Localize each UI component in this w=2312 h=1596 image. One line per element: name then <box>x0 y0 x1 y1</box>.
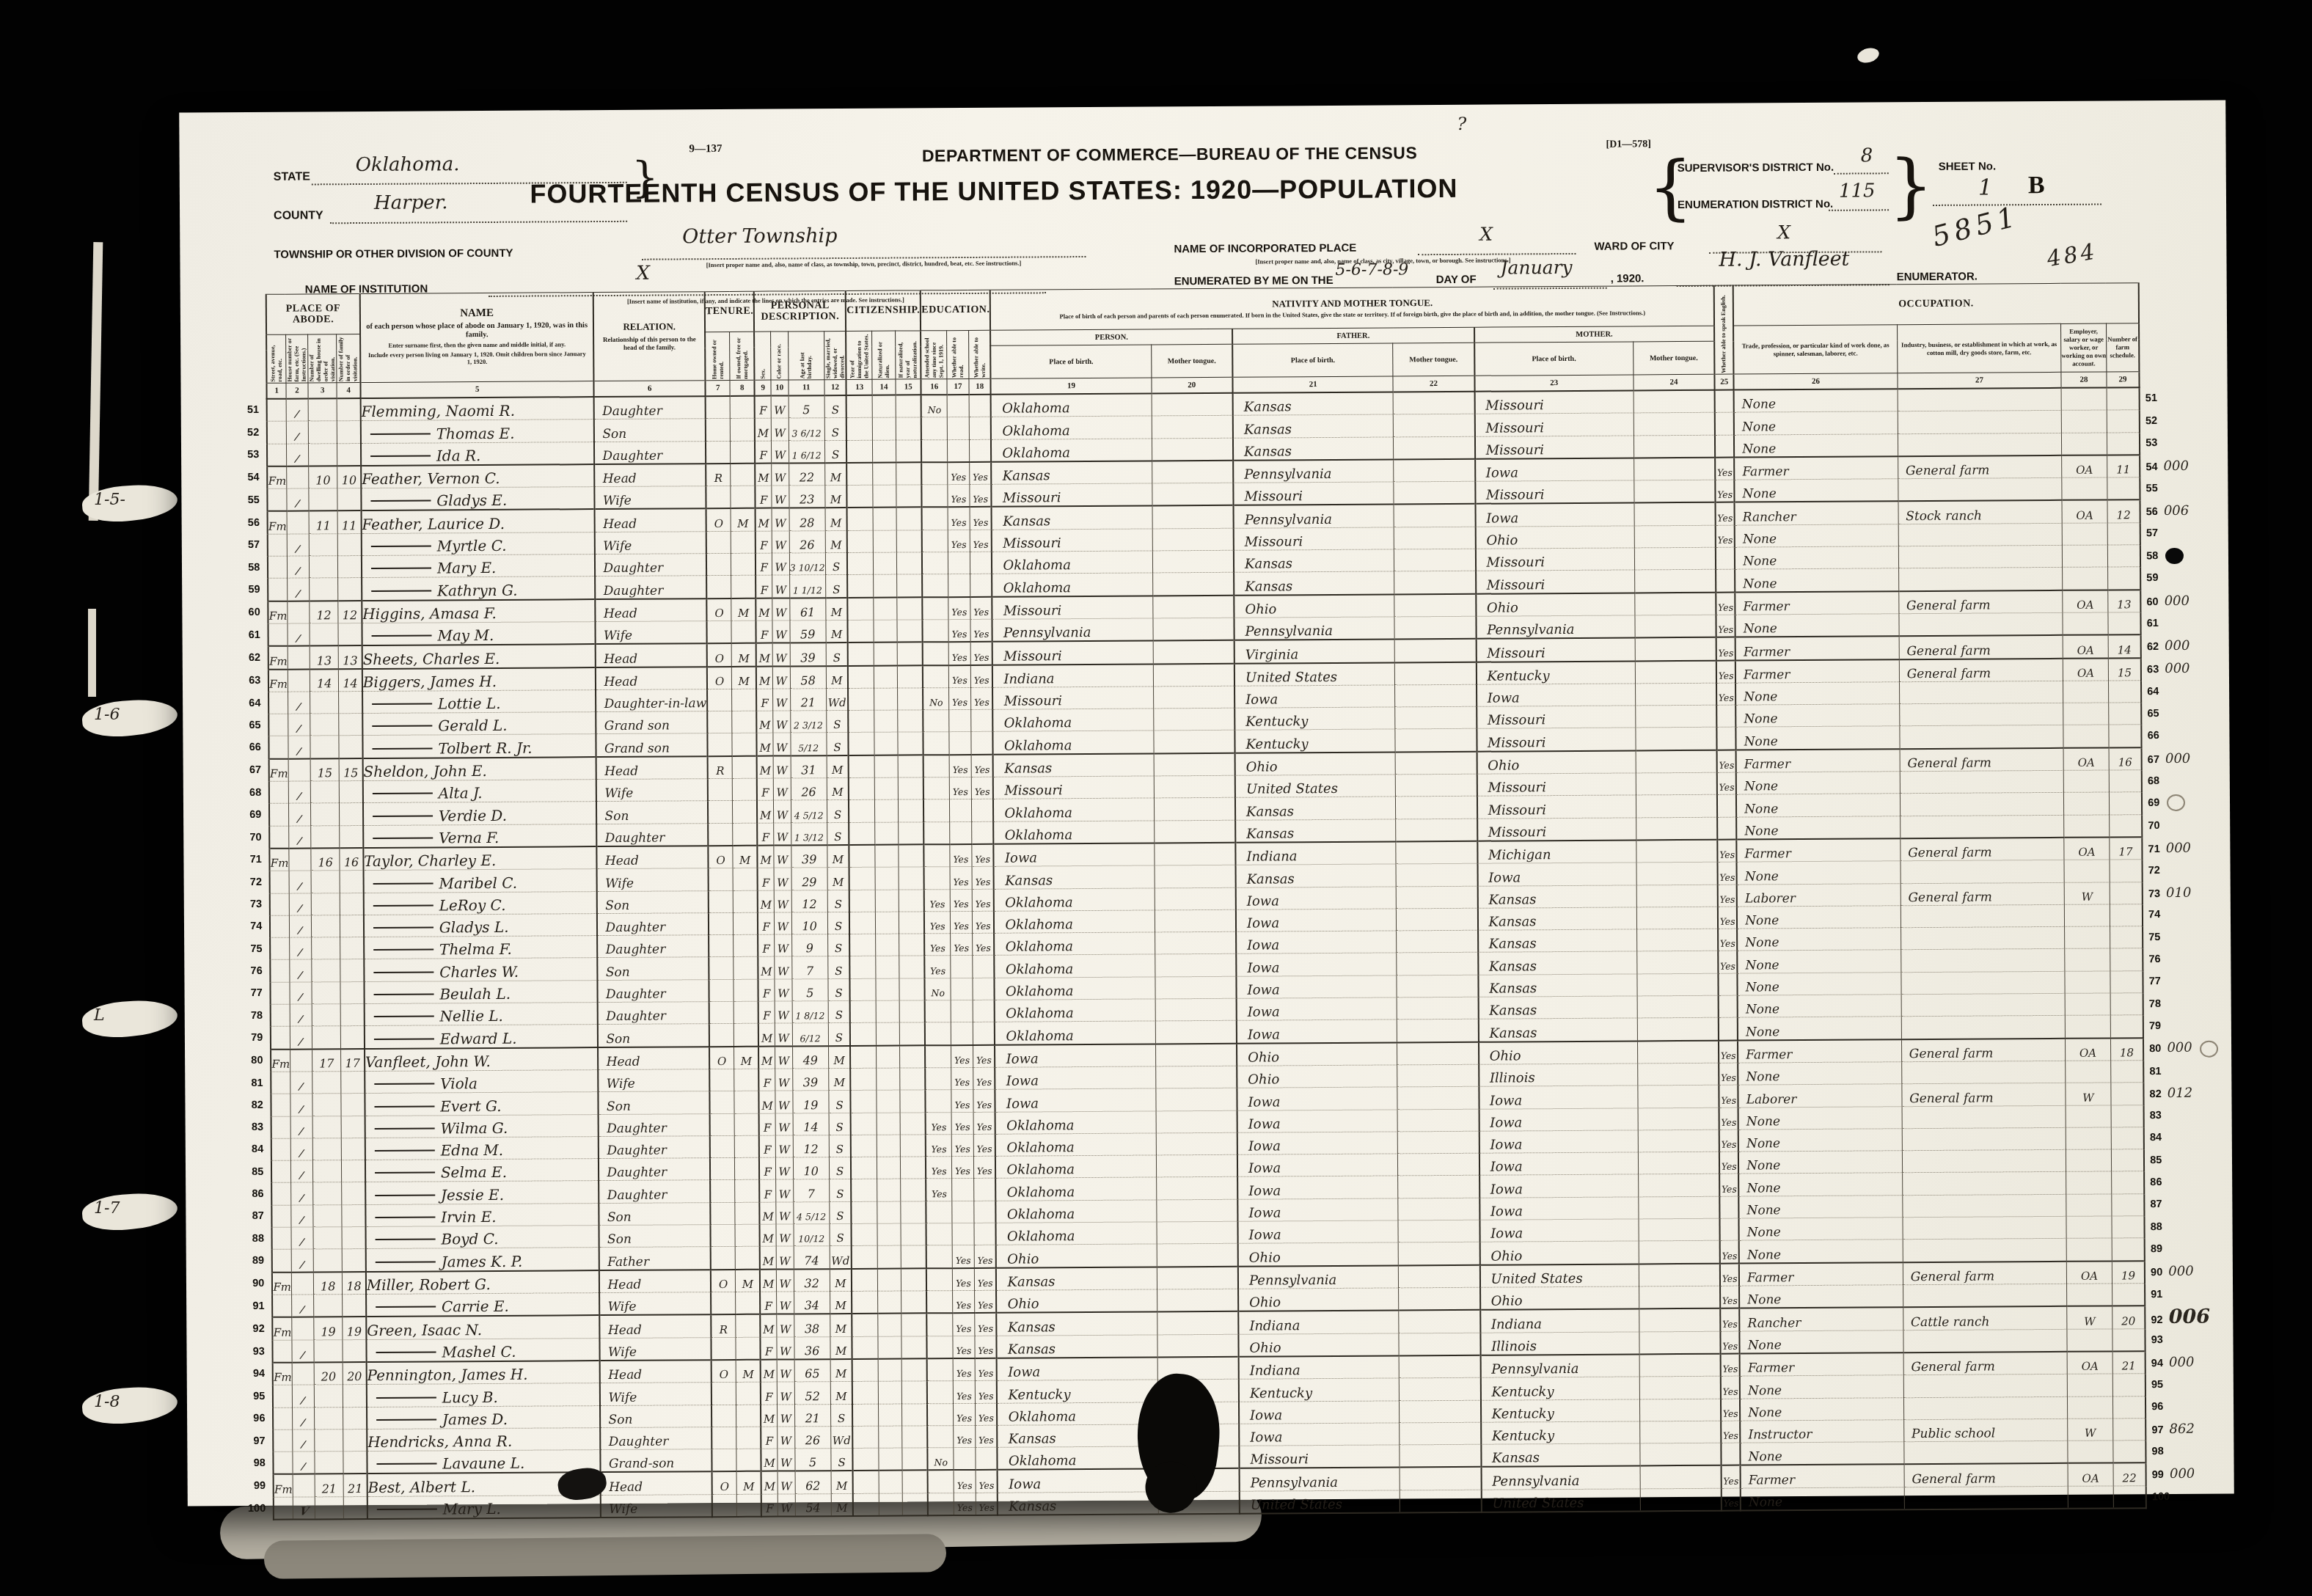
english-cell <box>1720 1218 1739 1240</box>
family-cell <box>343 1294 366 1317</box>
father-tongue-cell <box>1393 392 1474 414</box>
marital-cell: Wd <box>826 688 848 710</box>
dwelling-cell: 14 <box>310 669 339 692</box>
farm-cell <box>2107 477 2140 500</box>
read-cell <box>949 732 971 755</box>
industry-cell <box>1898 523 2063 546</box>
school-cell <box>926 1090 951 1113</box>
col-number-7: 7 <box>705 380 730 396</box>
line-number-right: 70 <box>2142 814 2230 838</box>
name-cell: Mashel C. <box>366 1338 600 1362</box>
naturalized-cell <box>874 822 898 845</box>
school-cell <box>925 1000 951 1023</box>
nat-year-cell <box>896 508 922 530</box>
dwelling-cell <box>310 692 340 714</box>
immigration-cell <box>847 485 873 508</box>
mother-tongue-cell <box>1638 1174 1719 1197</box>
marital-cell: M <box>827 755 849 778</box>
mother-pob-cell: Pennsylvania <box>1480 1354 1639 1377</box>
marital-cell: M <box>826 620 848 643</box>
house-cell <box>292 1317 314 1340</box>
name-cell: Thomas E. <box>361 420 595 443</box>
home-cell <box>711 1337 736 1360</box>
sex-cell: M <box>757 733 773 756</box>
read-cell: Yes <box>948 665 970 688</box>
industry-cell: General farm <box>1898 590 2063 614</box>
sex-cell: M <box>758 1023 775 1046</box>
marital-cell: Wd <box>830 1246 852 1269</box>
name-cell: Taylor, Charley E. <box>363 846 597 871</box>
pob-cell: Kansas <box>997 1335 1157 1358</box>
marital-cell: S <box>828 978 850 1000</box>
nat-year-cell <box>900 1068 926 1091</box>
relation-cell: Wife <box>600 1337 711 1361</box>
occupation-cell: Laborer <box>1738 1084 1901 1108</box>
nat-year-cell <box>899 1000 925 1023</box>
class-cell: OA <box>2063 747 2109 770</box>
immigration-cell <box>852 1268 877 1291</box>
line-number-right: 97862 <box>2145 1418 2234 1441</box>
read-cell: Yes <box>950 844 972 867</box>
mother-tongue-cell <box>1636 728 1717 750</box>
house-cell: / <box>292 1385 314 1407</box>
marital-cell: S <box>831 1449 853 1471</box>
relation-cell: Head <box>596 643 707 667</box>
line-number-left: 62 <box>212 646 269 670</box>
nat-year-cell <box>898 710 923 733</box>
occupation-cell: None <box>1735 614 1899 637</box>
school-cell <box>921 439 947 462</box>
marital-cell: S <box>827 934 849 956</box>
age-cell: 14 <box>793 1113 829 1135</box>
age-cell: 62 <box>795 1471 831 1494</box>
ditto-dash <box>370 425 431 435</box>
mother-tongue-cell <box>1639 1196 1720 1219</box>
write-cell: Yes <box>970 462 992 485</box>
col-naturalized-header: Naturalized or alien. <box>871 331 896 379</box>
marital-cell: M <box>830 1269 852 1292</box>
nat-year-cell <box>900 1157 926 1179</box>
house-cell: / <box>289 915 311 937</box>
write-cell <box>969 439 991 462</box>
age-cell: 39 <box>790 643 826 666</box>
write-cell: Yes <box>972 889 994 911</box>
line-number-right: 55 <box>2140 477 2228 500</box>
read-cell <box>951 1022 973 1045</box>
immigration-cell <box>851 1113 877 1135</box>
county-label: COUNTY <box>274 209 323 222</box>
pob-cell: Kansas <box>996 1267 1157 1290</box>
relation-cell: Son <box>598 957 709 980</box>
marital-cell: M <box>831 1493 853 1516</box>
class-cell <box>2063 567 2108 590</box>
father-pob-cell: Iowa <box>1236 953 1397 976</box>
color-cell: W <box>773 800 791 822</box>
color-cell: W <box>772 621 790 643</box>
relation-cell: Grand son <box>596 711 708 734</box>
immigration-cell <box>849 912 875 934</box>
mother-tongue-cell <box>1635 615 1716 637</box>
nat-year-cell <box>902 1448 928 1471</box>
group-citizenship: CITIZENSHIP. <box>846 290 921 332</box>
sheet-stamp: 5851 <box>1929 199 2023 253</box>
class-cell <box>2063 545 2108 568</box>
township-note: [Insert proper name and, also, name of c… <box>643 260 1083 269</box>
house-cell: / <box>290 1094 312 1116</box>
write-cell <box>970 552 992 574</box>
age-cell: 5 <box>789 395 824 418</box>
tongue-cell <box>1153 686 1234 709</box>
read-cell: Yes <box>952 1268 974 1291</box>
read-cell: Yes <box>948 597 970 620</box>
nat-year-cell <box>901 1268 926 1291</box>
color-cell: W <box>775 1069 793 1091</box>
line-number-right: 76 <box>2143 948 2231 970</box>
occupation-cell: Farmer <box>1735 591 1898 615</box>
mother-pob-cell: Michigan <box>1477 840 1636 863</box>
marital-cell: M <box>828 1068 850 1090</box>
color-cell: W <box>776 1246 794 1269</box>
mortgage-cell <box>733 890 758 913</box>
pob-cell: Kansas <box>993 753 1154 777</box>
tongue-cell <box>1153 663 1234 686</box>
nat-year-cell <box>902 1471 928 1493</box>
sex-cell: F <box>756 621 772 643</box>
house-cell <box>288 646 310 669</box>
marital-cell: S <box>827 733 849 755</box>
mother-tongue-cell <box>1639 1218 1720 1241</box>
naturalized-cell <box>877 1157 900 1179</box>
tongue-cell <box>1156 1110 1237 1133</box>
line-number-left: 55 <box>211 489 268 512</box>
color-cell: W <box>776 1292 794 1314</box>
home-cell <box>708 778 733 801</box>
name-cell: Nellie L. <box>364 1003 598 1026</box>
dwelling-cell <box>312 1094 342 1116</box>
line-number-right: 92006 <box>2145 1306 2233 1329</box>
occupation-cell: None <box>1741 1487 1904 1510</box>
family-cell <box>340 937 364 959</box>
sex-cell: M <box>756 508 772 531</box>
age-cell: 34 <box>794 1292 830 1314</box>
line-number-right: 90000 <box>2145 1260 2233 1284</box>
relation-cell: Son <box>599 1225 711 1248</box>
immigration-cell <box>850 1023 876 1046</box>
occupation-cell: None <box>1738 1106 1902 1130</box>
margin-ring <box>2200 1040 2218 1057</box>
school-cell: No <box>923 688 948 711</box>
naturalized-cell <box>874 710 898 732</box>
margin-annotation: 000 <box>2169 1355 2194 1370</box>
ditto-dash <box>376 1253 436 1263</box>
relation-cell: Daughter <box>598 979 709 1002</box>
naturalized-cell <box>874 755 898 777</box>
class-cell: OA <box>2063 658 2109 681</box>
family-cell: 12 <box>338 601 362 623</box>
ditto-dash <box>373 985 433 995</box>
write-cell <box>973 1000 995 1022</box>
relation-cell: Wife <box>601 1494 712 1518</box>
immigration-cell <box>853 1426 879 1449</box>
tongue-cell <box>1156 1199 1237 1222</box>
family-cell <box>340 959 364 981</box>
mortgage-cell: M <box>734 1046 759 1069</box>
mortgage-cell <box>736 1337 761 1360</box>
age-cell: 12 <box>793 1135 829 1157</box>
immigration-cell <box>848 575 874 598</box>
age-cell: 3 6/12 <box>789 418 824 441</box>
col-write-header: Whether able to write. <box>968 330 990 378</box>
line-number-left: 52 <box>211 422 268 444</box>
name-cell: Lottie L. <box>362 689 596 713</box>
immigration-cell <box>847 530 873 553</box>
street-cell: Fm <box>271 1049 290 1072</box>
father-pob-cell: Ohio <box>1238 1242 1399 1266</box>
naturalized-cell <box>873 508 896 530</box>
color-cell: W <box>772 666 790 689</box>
father-tongue-cell <box>1399 1264 1480 1287</box>
street-cell <box>271 1004 290 1026</box>
mother-tongue-cell <box>1638 1108 1719 1130</box>
street-cell <box>267 444 286 466</box>
tongue-cell <box>1157 1266 1238 1289</box>
age-cell: 19 <box>793 1091 829 1113</box>
write-cell: Yes <box>975 1358 997 1381</box>
name-cell: Carrie E. <box>366 1292 600 1317</box>
name-cell: Feather, Vernon C. <box>361 464 595 488</box>
immigration-cell <box>846 440 872 463</box>
industry-cell: General farm <box>1902 1083 2066 1107</box>
english-cell: Yes <box>1722 1488 1741 1511</box>
home-cell <box>709 1091 734 1114</box>
mother-pob-cell: Kentucky <box>1481 1421 1640 1445</box>
sex-cell: F <box>758 979 775 1001</box>
industry-cell <box>1903 1329 2068 1352</box>
family-cell <box>343 1429 367 1451</box>
father-pob-cell: Kentucky <box>1239 1378 1400 1402</box>
home-cell <box>711 1405 736 1427</box>
mortgage-cell <box>732 711 757 733</box>
age-cell: 39 <box>792 1069 828 1091</box>
nat-year-cell <box>901 1201 926 1224</box>
english-cell: Yes <box>1716 502 1735 525</box>
house-cell: / <box>288 623 310 646</box>
father-pob-cell: Indiana <box>1235 841 1396 865</box>
line-number-left: 91 <box>216 1295 273 1317</box>
immigration-cell <box>850 1000 876 1023</box>
immigration-cell <box>847 552 873 575</box>
family-cell <box>341 1094 365 1116</box>
color-cell: W <box>774 934 791 956</box>
enumeration-district-label: ENUMERATION DISTRICT No. <box>1678 198 1833 211</box>
name-cell: May M. <box>362 622 596 646</box>
mother-pob-cell: Indiana <box>1480 1309 1639 1333</box>
father-pob-cell: Iowa <box>1239 1423 1400 1446</box>
school-cell <box>922 530 948 552</box>
family-cell: 10 <box>337 466 361 488</box>
read-cell: Yes <box>951 1045 973 1068</box>
tongue-cell <box>1153 708 1234 731</box>
sex-cell: M <box>756 666 772 689</box>
read-cell: Yes <box>953 1381 975 1403</box>
name-cell: Lucy B. <box>367 1383 601 1407</box>
tongue-cell <box>1155 909 1236 932</box>
township-value: Otter Township <box>682 224 837 248</box>
col-marital-header: Single, married, widowed, or divorced. <box>824 331 846 379</box>
age-cell: 26 <box>791 778 827 801</box>
line-number-right: 87 <box>2144 1193 2232 1216</box>
relation-cell: Head <box>596 667 707 690</box>
line-number-left: 88 <box>216 1227 273 1250</box>
class-cell <box>2063 770 2109 793</box>
ditto-dash <box>375 1164 435 1174</box>
name-cell: Boyd C. <box>365 1226 599 1249</box>
father-tongue-cell <box>1398 1198 1479 1220</box>
line-number-left: 100 <box>217 1497 274 1520</box>
mortgage-cell <box>731 441 756 464</box>
line-number-right: 57 <box>2140 522 2228 545</box>
street-cell: Fm <box>268 669 288 692</box>
father-tongue-cell <box>1394 593 1476 616</box>
mortgage-cell <box>736 1449 761 1471</box>
color-cell: W <box>772 598 790 621</box>
age-cell: 54 <box>795 1493 831 1516</box>
home-cell: O <box>706 508 731 531</box>
house-cell: / <box>290 959 312 981</box>
marital-cell: S <box>827 800 849 822</box>
school-cell <box>921 417 947 440</box>
english-cell: Yes <box>1717 750 1736 772</box>
immigration-cell <box>849 800 874 823</box>
ditto-dash <box>373 785 433 795</box>
street-cell <box>268 692 288 714</box>
relation-cell: Daughter <box>601 1427 712 1449</box>
read-cell <box>952 1201 974 1223</box>
nat-year-cell <box>899 799 924 822</box>
mortgage-cell <box>733 823 758 846</box>
marital-cell: M <box>830 1314 852 1336</box>
line-number-left: 86 <box>215 1183 272 1206</box>
father-pob-cell: Missouri <box>1239 1445 1400 1468</box>
english-cell: Yes <box>1720 1308 1739 1331</box>
mother-pob-cell: Iowa <box>1479 1086 1638 1109</box>
school-cell: No <box>925 978 951 1000</box>
sex-cell: F <box>761 1494 778 1517</box>
mortgage-cell: M <box>731 643 756 667</box>
mortgage-cell <box>734 1113 759 1136</box>
tongue-cell <box>1155 1043 1237 1066</box>
class-cell <box>2062 477 2107 500</box>
line-number-left: 51 <box>211 399 268 422</box>
naturalized-cell <box>873 530 896 552</box>
mother-tongue-cell <box>1637 995 1719 1018</box>
name-cell: Mary E. <box>362 554 596 578</box>
line-number-left: 61 <box>211 623 268 646</box>
name-cell: Ida R. <box>361 442 595 466</box>
nat-year-cell <box>902 1493 928 1516</box>
naturalized-cell <box>875 934 899 956</box>
english-cell: Yes <box>1716 637 1735 660</box>
street-cell <box>270 937 289 959</box>
occupation-cell: Farmer <box>1739 1262 1903 1286</box>
home-cell: R <box>711 1314 736 1337</box>
pob-cell: Iowa <box>994 843 1155 866</box>
industry-cell <box>1898 388 2062 411</box>
read-cell: Yes <box>950 889 972 911</box>
street-cell: Fm <box>268 601 288 623</box>
relation-cell: Daughter <box>597 912 709 935</box>
nat-year-cell <box>897 597 923 620</box>
relation-cell: Wife <box>600 1383 711 1405</box>
occupation-cell: None <box>1738 1129 1902 1152</box>
mortgage-cell <box>732 778 757 801</box>
home-cell <box>708 801 733 824</box>
group-education: EDUCATION. <box>921 290 990 331</box>
nat-year-cell <box>897 643 923 666</box>
home-cell <box>708 823 733 846</box>
tongue-cell <box>1157 1244 1238 1267</box>
sex-cell: M <box>758 890 774 912</box>
day-of-label: DAY OF <box>1436 274 1477 286</box>
industry-cell <box>1902 1105 2066 1129</box>
pob-cell: Oklahoma <box>998 1446 1158 1470</box>
house-cell: / <box>289 871 311 893</box>
immigration-cell <box>849 755 874 778</box>
home-cell <box>711 1449 736 1472</box>
father-tongue-cell <box>1396 797 1477 819</box>
dwelling-cell <box>312 1004 341 1027</box>
name-cell: Verna F. <box>363 824 597 848</box>
class-cell: OA <box>2063 590 2108 612</box>
line-number-left: 54 <box>211 466 268 489</box>
school-cell <box>923 755 949 777</box>
sex-cell: M <box>756 598 772 621</box>
mortgage-cell <box>732 689 757 711</box>
class-cell <box>2065 971 2110 994</box>
english-cell: Yes <box>1719 1063 1738 1085</box>
relation-cell: Daughter <box>599 1135 710 1158</box>
group-relation: RELATION.Relationship of this person to … <box>593 292 705 381</box>
line-number-left: 53 <box>211 444 268 466</box>
english-cell <box>1717 728 1736 750</box>
pob-cell: Oklahoma <box>991 416 1152 439</box>
line-number-left: 98 <box>216 1452 274 1474</box>
street-cell: Fm <box>272 1272 291 1295</box>
father-tongue-cell <box>1394 639 1476 662</box>
father-pob-cell: United States <box>1234 662 1395 686</box>
write-cell: Yes <box>970 484 992 507</box>
mother-pob-cell: Iowa <box>1477 863 1636 886</box>
age-cell: 28 <box>789 508 825 531</box>
street-cell <box>271 1116 290 1138</box>
father-pob-cell: Kentucky <box>1234 707 1395 731</box>
house-cell <box>288 758 310 781</box>
house-cell: / <box>293 1452 315 1474</box>
mother-tongue-cell <box>1634 502 1716 525</box>
line-number-right: 65 <box>2141 702 2229 725</box>
line-number-right: 62000 <box>2141 634 2229 658</box>
age-cell: 29 <box>791 868 827 890</box>
margin-annotation: 000 <box>2165 750 2190 766</box>
corner-note: 484 <box>2045 238 2099 272</box>
incorporated-place-value: X <box>1479 224 1493 245</box>
mortgage-cell <box>731 486 756 508</box>
marital-cell: S <box>827 912 849 934</box>
ditto-dash <box>372 739 432 750</box>
line-number-right: 67000 <box>2142 747 2230 770</box>
father-pob-cell: Kansas <box>1235 819 1396 843</box>
mortgage-cell <box>735 1224 760 1247</box>
